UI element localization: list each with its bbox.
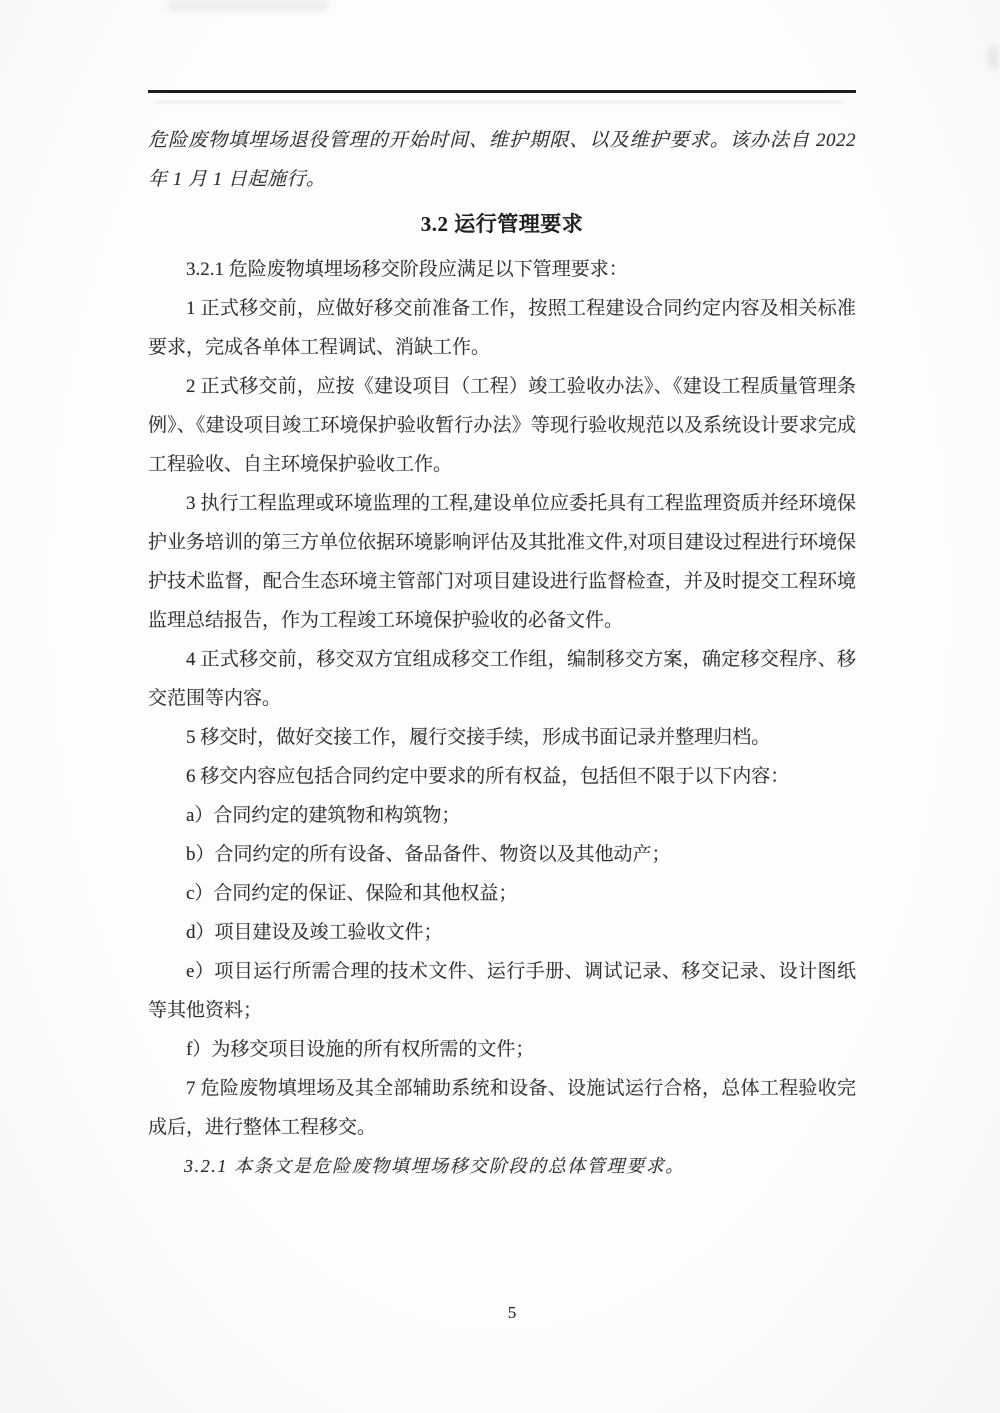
header-rule — [148, 90, 856, 93]
list-item: b）合同约定的所有设备、备品备件、物资以及其他动产； — [148, 835, 856, 874]
list-item: a）合同约定的建筑物和构筑物； — [148, 796, 856, 835]
commentary-note: 3.2.1 本条文是危险废物填埋场移交阶段的总体管理要求。 — [148, 1147, 856, 1186]
scan-artifact — [168, 1, 328, 10]
clause-paragraph: 2 正式移交前，应按《建设项目（工程）竣工验收办法》、《建设工程质量管理条例》、… — [148, 367, 856, 484]
scan-artifact — [988, 46, 998, 68]
list-item: f）为移交项目设施的所有权所需的文件； — [148, 1030, 856, 1069]
continuation-paragraph: 危险废物填埋场退役管理的开始时间、维护期限、以及维护要求。该办法自 2022 年… — [148, 121, 856, 199]
document-page: 危险废物填埋场退役管理的开始时间、维护期限、以及维护要求。该办法自 2022 年… — [0, 0, 1000, 1413]
clause-paragraph: 7 危险废物填埋场及其全部辅助系统和设备、设施试运行合格，总体工程验收完成后，进… — [148, 1069, 856, 1147]
clause-paragraph: 1 正式移交前，应做好移交前准备工作，按照工程建设合同约定内容及相关标准要求，完… — [148, 289, 856, 367]
list-item: e）项目运行所需合理的技术文件、运行手册、调试记录、移交记录、设计图纸等其他资料… — [148, 952, 856, 1030]
clause-paragraph: 3.2.1 危险废物填埋场移交阶段应满足以下管理要求： — [148, 250, 856, 289]
list-item: c）合同约定的保证、保险和其他权益； — [148, 874, 856, 913]
clause-paragraph: 4 正式移交前，移交双方宜组成移交工作组，编制移交方案，确定移交程序、移交范围等… — [148, 640, 856, 718]
page-number: 5 — [0, 1303, 1000, 1323]
clause-paragraph: 3 执行工程监理或环境监理的工程,建设单位应委托具有工程监理资质并经环境保护业务… — [148, 484, 856, 640]
clause-paragraph: 6 移交内容应包括合同约定中要求的所有权益，包括但不限于以下内容： — [148, 757, 856, 796]
page-content: 危险废物填埋场退役管理的开始时间、维护期限、以及维护要求。该办法自 2022 年… — [148, 121, 856, 1186]
scan-artifact — [156, 101, 842, 103]
list-item: d）项目建设及竣工验收文件； — [148, 913, 856, 952]
section-heading: 3.2 运行管理要求 — [148, 205, 856, 244]
clause-paragraph: 5 移交时，做好交接工作，履行交接手续，形成书面记录并整理归档。 — [148, 718, 856, 757]
